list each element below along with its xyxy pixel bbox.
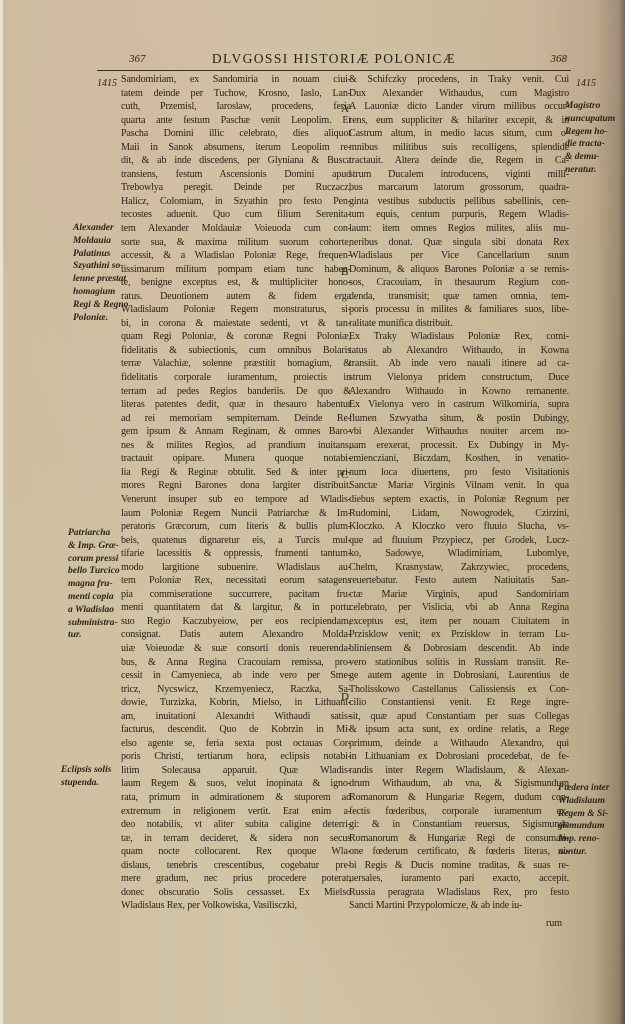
text-line: uam erexerat, processit. Ex Dubingy in M… — [349, 439, 569, 453]
text-line: que ad fluuium Przypiecz, per Grodek, Lu… — [349, 534, 569, 548]
text-line: tem Alexander Moldauiæ Voieuoda cum con- — [121, 222, 351, 236]
marginal-line: gismundum — [558, 820, 609, 833]
text-line: vbi Alexander Withaudus nouiter arcem no… — [349, 425, 569, 439]
text-line: strum Vielonya pridem constructum, Duce — [349, 371, 569, 385]
text-line: laum: item omnes Regios milites, aliis m… — [349, 222, 569, 236]
text-line: terræ Valachiæ, solenne præstitit homagi… — [121, 357, 351, 371]
text-line: & Schifczky procedens, in Traky venit. C… — [349, 73, 569, 87]
text-line: mores Regni Barones dona largiter distri… — [121, 479, 351, 493]
text-line: Castrum altum, in medio lacus situm, cum… — [349, 127, 569, 141]
marginal-line: Fœdera inter — [558, 782, 609, 795]
text-line: primum, deinde a Withaudo Alexandro, qui — [349, 737, 569, 751]
text-line: Russia peragrata Wladislaus Rex, pro fes… — [349, 886, 569, 900]
text-line: poris Christi, tertiarum hora, eclipsis … — [121, 750, 351, 764]
marginal-line: homagium — [73, 286, 128, 299]
text-line: exceptus est, item per nouam Ciuitatem i… — [349, 615, 569, 629]
text-line: dit, & ab inde discedens, per Glyniana &… — [121, 154, 351, 168]
marginal-line: Alexander — [73, 222, 128, 235]
text-line: tum equis, centum purpuris, Regem Wladis… — [349, 208, 569, 222]
text-line: Przisklow venit; ex Przisklow in terram … — [349, 628, 569, 642]
marginal-line: lenne præstat — [73, 273, 128, 286]
marginal-line: subministra- — [68, 617, 120, 630]
running-title: DLVGOSSI HISTORIÆ POLONICÆ — [97, 51, 571, 67]
catchword: rum — [546, 918, 562, 929]
marginal-line: stupenda. — [61, 777, 111, 790]
marginal-line: Regem ho- — [565, 126, 615, 139]
text-line: cuth, Przemisl, Iaroslaw, procedens, fer… — [121, 100, 351, 114]
text-line: dowie, Turzizka, Kobrin, Mielso, in Lith… — [121, 696, 351, 710]
text-line: gem ipsum & Annam Reginam, & omnes Baro- — [121, 425, 351, 439]
marginal-line: Szyathini so- — [73, 260, 128, 273]
text-line: peratoris Græcorum, cum literis & bullis… — [121, 520, 351, 534]
marginal-line: magna fru- — [68, 578, 120, 591]
section-letter-b: B — [341, 266, 348, 278]
text-line: rata, primum in admirationem & stuporem … — [121, 791, 351, 805]
marginal-line: Moldauia — [73, 235, 128, 248]
text-line: tatus ab Alexandro Withaudo, in Kowna — [349, 344, 569, 358]
text-line: randis inter Regem Wladislaum, & Alexan- — [349, 764, 569, 778]
page-header: 367 DLVGOSSI HISTORIÆ POLONICÆ 368 — [97, 50, 571, 71]
text-line: laum Poloniæ Regem Nuncii Patriarchæ & I… — [121, 507, 351, 521]
text-line: Tholisskowo Castellanus Calissiensis ex … — [349, 683, 569, 697]
text-line: tifarie lacessitis & oppressis, frumenti… — [121, 547, 351, 561]
text-line: tricz, Nycswicz, Krzemyeniecz, Raczka, S… — [121, 683, 351, 697]
text-line: quam nocte collocarent. Rex quoque Wla- — [121, 845, 351, 859]
text-line: fidelitatis corporale iuramentum, proiec… — [121, 371, 351, 385]
text-line: quam Regi Poloniæ, & coronæ Regni Poloni… — [121, 330, 351, 344]
text-line: tatem deinde per Tuchow, Krosno, Iaslo, … — [121, 87, 351, 101]
marginal-note-eclipse: Eclipsis solisstupenda. — [61, 764, 111, 790]
text-line: terram ad pedes Regios banderiis. De quo… — [121, 385, 351, 399]
text-line: deo notabilis, vt aliter subita caligine… — [121, 818, 351, 832]
marginal-line: Poloniæ. — [73, 312, 128, 325]
text-line: mere gradum, nec prius procedere poterat… — [121, 872, 351, 886]
text-line: Alexandro Withaudo in Kowno remanente. — [349, 385, 569, 399]
text-line: tæ, in terram decideret, & sidera non se… — [121, 832, 351, 846]
text-line: poris processu in milites & familiares s… — [349, 303, 569, 317]
text-line: Kloczko. A Kloczko vero fluuio Slucha, v… — [349, 520, 569, 534]
marginal-line: & demu- — [565, 151, 615, 164]
text-line: transiit. Ab inde vero nauali itinere ad… — [349, 357, 569, 371]
text-line: Trebowlya peregit. Deinde per Ruczacz, — [121, 181, 351, 195]
text-line: & ipsum acta sunt, ex ordine relatis, a … — [349, 723, 569, 737]
text-line: cessit in Camyenieca, ab inde vero per S… — [121, 669, 351, 683]
text-line: Chelm, Krasnystaw, Zakrzywiec, procedens… — [349, 561, 569, 575]
text-line: sos, Cracouiam, in thesaurum Regium con- — [349, 276, 569, 290]
text-line: Romanorum & Hungariæ Regem, dudum con- — [349, 791, 569, 805]
text-line: ad rei memoriam sempiternam. Deinde Re- — [121, 412, 351, 426]
marginal-note-magistro: MagistronuncupatumRegem ho-die tracta-& … — [565, 100, 615, 177]
text-line: ge autem agente in Dobrosiani, Laurentiu… — [349, 669, 569, 683]
text-line: laum Regem & suos, velut inopinata & ign… — [121, 777, 351, 791]
text-line: tractauit opipare. Munera quoque notabi- — [121, 452, 351, 466]
marginal-line: Regem & Si- — [558, 808, 609, 821]
text-line: Venerunt insuper sub eo tempore ad Wladi… — [121, 493, 351, 507]
text-line: accessit, & a Wladislao Poloniæ Rege, fr… — [121, 249, 351, 263]
marginal-note-foedera: Fœdera interWladislaumRegem & Si-gismund… — [558, 782, 609, 859]
marginal-line: menti copia — [68, 591, 120, 604]
text-line: one fœderum certificato, & fœderis liter… — [349, 845, 569, 859]
text-line: fectis fœderibus, corporale iuramentum e… — [349, 805, 569, 819]
text-line: ralitate munifica distribuit. — [349, 317, 569, 331]
text-line: tissimarum militum pompam etiam tunc hab… — [121, 263, 351, 277]
marginal-line: a Wladislao — [68, 604, 120, 617]
marginal-line: neratur. — [565, 164, 615, 177]
text-line: tractauit. Altera deinde die, Regem in C… — [349, 154, 569, 168]
marginal-line: die tracta- — [565, 138, 615, 151]
marginal-line: Magistro — [565, 100, 615, 113]
text-line: Halicz, Colomiam, in Szyathin pro festo … — [121, 195, 351, 209]
text-line: bi, in corona & maiestate sedenti, vt & … — [121, 317, 351, 331]
text-line: litim Solecausa apparuit. Quæ Wladis- — [121, 764, 351, 778]
text-line: Ex Vielonya vero in castrum Wilkomiria, … — [349, 398, 569, 412]
section-letter-d: D — [341, 691, 349, 703]
text-line: nes & milites Regios, ad prandium inuita… — [121, 439, 351, 453]
marginal-line: Patriarcha — [68, 527, 120, 540]
book-page-spread: 367 DLVGOSSI HISTORIÆ POLONICÆ 368 1415 … — [0, 0, 625, 1024]
text-line: Wladislaus per Vice Cancellarium suum — [349, 249, 569, 263]
text-line: transiens, festum Ascensionis Domini apu… — [121, 168, 351, 182]
text-line: bus marcarum latorum grossorum, quadra- — [349, 181, 569, 195]
text-line: Rudomini, Lidam, Nowogrodek, Czirzini, — [349, 507, 569, 521]
marginal-line: uantur. — [558, 846, 609, 859]
marginal-line: Wladislaum — [558, 795, 609, 808]
text-line: sit, quæ apud Constantiam per suas Colle… — [349, 710, 569, 724]
text-line: uersales, iuramento pari exacto, accepit… — [349, 872, 569, 886]
text-line: ratus. Deuotionem autem & fidem erga — [121, 290, 351, 304]
text-line: bus, & Anna Regina Cracouiam remissa, pr… — [121, 656, 351, 670]
section-letter-a: A — [341, 103, 349, 115]
text-line: denda, transmisit; quæ tamen omnia, tem- — [349, 290, 569, 304]
marginal-line: corum pressi — [68, 553, 120, 566]
marginal-line: Palatinus — [73, 248, 128, 261]
marginal-line: bello Turcico — [68, 565, 120, 578]
text-line: quarta ante festum Paschæ venit Leopolim… — [121, 114, 351, 128]
text-line: celebrato, per Vislicia, vbi ab Anna Reg… — [349, 601, 569, 615]
marginal-line: nuncupatum — [565, 113, 615, 126]
text-line: lia Regi & Reginæ obtulit. Sed & inter p… — [121, 466, 351, 480]
marginal-note-homage: AlexanderMoldauiaPalatinusSzyathini so-l… — [73, 222, 128, 324]
text-line: Wladislaum Poloniæ Regem monstraturus, s… — [121, 303, 351, 317]
text-line: Ex Traky Wladislaus Poloniæ Rex, comi- — [349, 330, 569, 344]
text-line: Pascha Domini illic celebrato, dies aliq… — [121, 127, 351, 141]
text-line: Sanctæ Mariæ Virginis Vilnam venit. In q… — [349, 479, 569, 493]
marginal-line: Imp. reno- — [558, 833, 609, 846]
marginal-line: Eclipsis solis — [61, 764, 111, 777]
text-line: suo Regio Kaczubyeiow, per eos recipiend… — [121, 615, 351, 629]
text-line: dislaus, tenebris crescentibus, cogebatu… — [121, 859, 351, 873]
text-line: menti quantitatem dat & largitur, & in p… — [121, 601, 351, 615]
text-line: ctæ Mariæ Virginis, apud Sandomiriam — [349, 588, 569, 602]
text-line: vero stationibus solitis in Russiam tran… — [349, 656, 569, 670]
text-line: cilio Constantiensi venit. Et Rege ingre… — [349, 696, 569, 710]
text-line: neribus donat. Quæ singula sibi donata R… — [349, 236, 569, 250]
text-line: beis, quatenus dignaretur eis, a Turcis … — [121, 534, 351, 548]
text-line: am, inuitationi Alexandri Withaudi satis… — [121, 710, 351, 724]
text-line: Dux Alexander Withaudus, cum Magistro — [349, 87, 569, 101]
text-line: Romanorum & Hungariæ Regi de consumati- — [349, 832, 569, 846]
year-marker-left: 1415 — [97, 78, 117, 89]
text-line: elso agente se, feria sexta post octauas… — [121, 737, 351, 751]
marginal-line: tur. — [68, 629, 120, 642]
year-marker-right: 1415 — [576, 78, 596, 89]
text-line: reuertebatur. Festo autem Natiuitatis Sa… — [349, 574, 569, 588]
text-line: literas patentes dedit, quæ in thesauro … — [121, 398, 351, 412]
marginal-line: Regi & Regno — [73, 299, 128, 312]
text-line: drum Withaudum, ab vna, & Sigismundum — [349, 777, 569, 791]
text-line: donec obscuratio Solis cessasset. Ex Mie… — [121, 886, 351, 900]
text-line: A Lauoniæ dicto Lander virum millibus oc… — [349, 100, 569, 114]
text-line: Maii in Sanok absumens, iterum Leopolim … — [121, 141, 351, 155]
marginal-line: & Imp. Græ- — [68, 540, 120, 553]
text-line: extremum in religionem vertit. Erat enim… — [121, 805, 351, 819]
text-line: in Lithuaniam ex Dobrosiani procedebat, … — [349, 750, 569, 764]
text-line: Sancti Martini Przypolomicze, & ab inde … — [349, 899, 569, 913]
text-line: diebus septem exactis, in Poloniæ Regnum… — [349, 493, 569, 507]
text-line: ko, Sadowye, Wladimiriam, Lubomlye, — [349, 547, 569, 561]
text-line: tem Poloniæ Rex, necessitati eorum satag… — [121, 574, 351, 588]
text-line: facturus, descendit. Quo de Kobrzin in M… — [121, 723, 351, 737]
text-line: sorte sua, & maxima militum suorum cohor… — [121, 236, 351, 250]
text-line: fidelitatis & subiectionis, cum omnibus … — [121, 344, 351, 358]
text-line: uiæ Voieuodæ & suæ consorti donis reuere… — [121, 642, 351, 656]
text-line: Sandomiriam, ex Sandomiria in nouam ciui… — [121, 73, 351, 87]
text-column-left: Sandomiriam, ex Sandomiria in nouam ciui… — [121, 73, 351, 913]
page-number-right: 368 — [551, 53, 568, 65]
text-line: Wladislaus Rex, per Volkowiska, Vasilisc… — [121, 899, 351, 913]
text-line: mnibus militibus suis recolligens, splen… — [349, 141, 569, 155]
text-line: num loca diuertens, pro festo Visitation… — [349, 466, 569, 480]
text-column-right: & Schifczky procedens, in Traky venit. C… — [349, 73, 569, 913]
marginal-note-patriarch: Patriarcha& Imp. Græ-corum pressibello T… — [68, 527, 120, 642]
section-letter-c: C — [341, 469, 348, 481]
text-line: consignat. Datis autem Alexandro Molda- — [121, 628, 351, 642]
text-line: flumen Szwyatha situm, & postin Dubingy, — [349, 412, 569, 426]
text-line: ginta vestibus subductis pellibus sabell… — [349, 195, 569, 209]
text-line: Dominum, & aliquos Barones Poloniæ a se … — [349, 263, 569, 277]
text-line: emiencziani, Biczdam, Kosthen, in venati… — [349, 452, 569, 466]
text-line: gi: & in Constantiam reuersus, Sigismund… — [349, 818, 569, 832]
text-line: rens, eum suppliciter & hilariter excepi… — [349, 114, 569, 128]
text-line: pia commiseratione succurrere, pacitam f… — [121, 588, 351, 602]
text-line: bi Regis & Ducis nomine traditas, & suas… — [349, 859, 569, 873]
text-line: bliniensem & Dobrosiam descendit. Ab ind… — [349, 642, 569, 656]
text-line: te, benigne exceptus est, & multiplicite… — [121, 276, 351, 290]
text-line: tecostes aduenit. Quo cum filium Serenit… — [121, 208, 351, 222]
text-line: strum Ducalem introducens, viginti milli… — [349, 168, 569, 182]
text-line: modo largitione subuenire. Wladislaus au… — [121, 561, 351, 575]
